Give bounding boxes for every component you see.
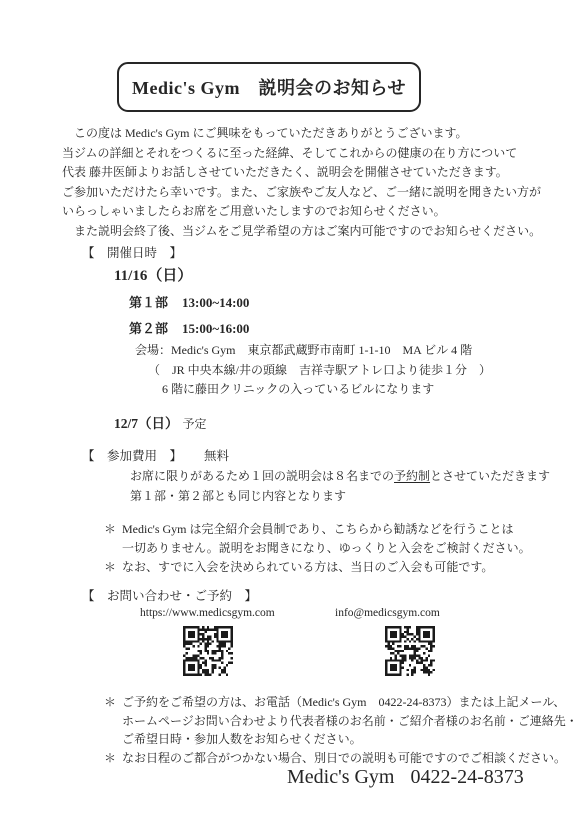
note-membership-line2: 一切ありません。説明をお聞きになり、ゆっくりと入会をご検討ください。 bbox=[104, 539, 531, 556]
footer-note-reservation-line2: ホームページお問い合わせより代表者様のお名前・ご紹介者様のお名前・ご連絡先・ bbox=[104, 712, 578, 729]
footer-contact-row: Medic's Gym0422-24-8373 bbox=[287, 766, 524, 789]
asterisk-bullet: ＊ bbox=[104, 558, 122, 575]
footer-note-reservation-line1: ＊ご予約をご希望の方は、お電話（Medic's Gym 0422-24-8373… bbox=[104, 693, 565, 710]
session-2-row: 第２部15:00~16:00 bbox=[129, 318, 249, 337]
intro-line: この度は Medic's Gym にご興味をもっていただきありがとうございます。 bbox=[62, 124, 541, 144]
intro-line: また説明会終了後、当ジムをご見学希望の方はご案内可能ですのでお知らせください。 bbox=[62, 222, 541, 242]
fee-section-heading: 【 参加費用 】 bbox=[82, 449, 182, 463]
note-membership-line1: ＊Medic's Gym は完全紹介会員制であり、こちらから勧誘などを行うことは bbox=[104, 520, 514, 537]
footer-note-alt-date: ＊なお日程のご都合がつかない場合、別日での説明も可能ですのでご相談ください。 bbox=[104, 749, 566, 766]
event-date-secondary: 12/7（日） bbox=[114, 416, 179, 431]
session-2-label: 第２部 bbox=[129, 321, 168, 336]
note-text: なお日程のご都合がつかない場合、別日での説明も可能ですのでご相談ください。 bbox=[122, 751, 566, 765]
venue-building-line: 6 階に藤田クリニックの入っているビルになります bbox=[162, 380, 434, 397]
intro-line: ご参加いただけたら幸いです。また、ご家族やご友人など、ご一緒に説明を聞きたい方が bbox=[62, 183, 541, 203]
intro-line: 当ジムの詳細とそれをつくるに至った経緯、そしてこれからの健康の在り方について bbox=[62, 144, 541, 164]
event-date-secondary-suffix: 予定 bbox=[183, 417, 207, 431]
fee-value: 無料 bbox=[204, 449, 229, 463]
intro-line: 代表 藤井医師よりお話しさせていただきたく、説明会を開催させていただきます。 bbox=[62, 163, 541, 183]
note-text: なお、すでに入会を決められている方は、当日のご入会も可能です。 bbox=[122, 560, 493, 574]
fee-note-same-content: 第１部・第２部とも同じ内容となります bbox=[130, 487, 346, 504]
contact-section-heading: 【 お問い合わせ・ご予約 】 bbox=[82, 586, 257, 604]
asterisk-bullet: ＊ bbox=[104, 693, 122, 710]
note-text: Medic's Gym は完全紹介会員制であり、こちらから勧誘などを行うことは bbox=[122, 522, 514, 536]
fee-note-post: とさせていただきます bbox=[430, 469, 550, 483]
fee-note-underlined: 予約制 bbox=[394, 469, 430, 483]
note-text: ご予約をご希望の方は、お電話（Medic's Gym 0422-24-8373）… bbox=[122, 695, 565, 709]
session-1-label: 第１部 bbox=[129, 295, 168, 310]
page-title: Medic's Gym 説明会のお知らせ bbox=[132, 74, 406, 100]
session-1-row: 第１部13:00~14:00 bbox=[129, 292, 249, 311]
event-date-secondary-row: 12/7（日）予定 bbox=[114, 412, 207, 432]
flyer-page: Medic's Gym 説明会のお知らせ この度は Medic's Gym にご… bbox=[0, 0, 587, 828]
venue-access-line: （ JR 中央本線/井の頭線 吉祥寺駅アトレ口より徒歩１分 ） bbox=[148, 361, 491, 378]
footer-phone-number: 0422-24-8373 bbox=[410, 766, 523, 788]
intro-line: いらっしゃいましたらお席をご用意いたしますのでお知らせください。 bbox=[62, 202, 541, 222]
session-1-time: 13:00~14:00 bbox=[182, 295, 249, 310]
website-url: https://www.medicsgym.com bbox=[140, 607, 275, 619]
asterisk-bullet: ＊ bbox=[104, 749, 122, 766]
website-qr-code-icon bbox=[183, 626, 233, 676]
intro-paragraph: この度は Medic's Gym にご興味をもっていただきありがとうございます。… bbox=[62, 124, 541, 241]
email-qr-code-icon bbox=[385, 626, 435, 676]
title-box: Medic's Gym 説明会のお知らせ bbox=[117, 62, 421, 112]
schedule-section-heading: 【 開催日時 】 bbox=[82, 243, 182, 261]
session-2-time: 15:00~16:00 bbox=[182, 321, 249, 336]
venue-address-line: 会場：Medic's Gym 東京都武蔵野市南町 1-1-10 MA ビル 4 … bbox=[135, 341, 472, 358]
asterisk-bullet: ＊ bbox=[104, 520, 122, 537]
footer-note-reservation-line3: ご希望日時・参加人数をお知らせください。 bbox=[104, 730, 362, 747]
footer-gym-name: Medic's Gym bbox=[287, 766, 394, 788]
email-address: info@medicsgym.com bbox=[335, 607, 440, 619]
fee-section-heading-row: 【 参加費用 】無料 bbox=[82, 446, 229, 464]
fee-note-pre: お席に限りがあるため１回の説明会は８名までの bbox=[130, 469, 394, 483]
note-same-day-join: ＊なお、すでに入会を決められている方は、当日のご入会も可能です。 bbox=[104, 558, 493, 575]
event-date-primary: 11/16（日） bbox=[114, 264, 192, 285]
fee-note-reservation: お席に限りがあるため１回の説明会は８名までの予約制とさせていただきます bbox=[130, 467, 550, 484]
